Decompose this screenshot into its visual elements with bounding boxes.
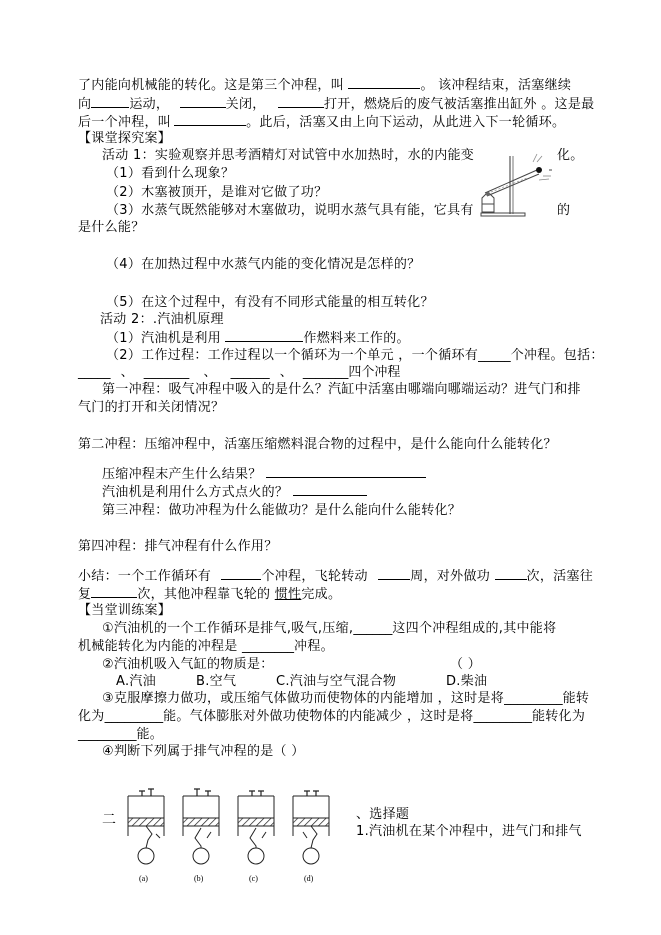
text: 四个冲程	[348, 365, 400, 380]
text: 打开，燃烧后的废气被活塞推出缸外 。这是最	[324, 97, 594, 112]
section-title-practice: 【当堂训练案】	[78, 602, 171, 619]
answer-blank[interactable]	[378, 567, 410, 580]
answer-blank[interactable]: _______	[144, 365, 190, 380]
cylinder-a-icon: (a)	[128, 789, 164, 883]
answer-blank[interactable]: _________	[473, 709, 532, 724]
choice-section-title: 、选择题	[356, 806, 409, 823]
answer-blank[interactable]: _________	[105, 709, 164, 724]
text: 能。气体膨胀对外做功使物体的内能减少 ，这时是将	[163, 709, 473, 724]
separator: 、	[121, 365, 134, 380]
svg-text:(c): (c)	[249, 874, 258, 883]
activity2-q1: （1）汽油机是利用 作燃料来工作的。	[106, 329, 410, 347]
intro-line-1: 了内能向机械能的转化。这是第三个冲程，叫 。 该冲程结束，活塞继续	[78, 76, 571, 94]
section-mark: 二	[102, 812, 116, 829]
text: 关闭，	[226, 97, 270, 112]
stroke1-question-cont: 气门的打开和关闭情况？	[78, 399, 224, 416]
text: 次，其他冲程靠飞轮的	[137, 587, 274, 602]
exercise-2-answer-paren[interactable]: （ ）	[450, 656, 481, 673]
text: 能转	[563, 691, 590, 706]
compress-result-question: 压缩冲程末产生什么结果？	[102, 465, 426, 483]
svg-text:(b): (b)	[194, 874, 204, 883]
text: 周，对外做功	[410, 569, 494, 584]
answer-blank[interactable]	[348, 76, 420, 89]
text: （2）工作过程：工作过程以一个循环为一个单元 ，一个循环有	[106, 348, 478, 363]
text: 。此后，活塞又由上向下运动，从此进入下一轮循环。	[246, 115, 565, 130]
separator: 、	[280, 365, 293, 380]
text: 后一个冲程，叫	[78, 115, 171, 130]
exercise-1-line-2: 机械能转化为内能的冲程是 ________冲程。	[78, 638, 334, 655]
exercise-2-option-d[interactable]: D.柴油	[446, 673, 487, 690]
activity1-q1: （1）看到什么现象？	[106, 165, 234, 182]
text: 个冲程。包括：	[511, 348, 604, 363]
answer-blank[interactable]	[293, 483, 367, 496]
exercise-2-option-b[interactable]: B.空气	[196, 673, 236, 690]
exercise-1-line-1: ①汽油机的一个工作循环是排气,吸气,压缩,______这四个冲程组成的,其中能将	[102, 620, 556, 637]
answer-blank[interactable]: _________	[78, 727, 137, 742]
separator: 、	[203, 365, 216, 380]
text: 向	[78, 97, 91, 112]
activity1-q2: （2）木塞被顶开，是谁对它做了功？	[106, 184, 327, 201]
stroke2-question: 第二冲程：压缩冲程中，活塞压缩燃料混合物的过程中，是什么能向什么能转化？	[78, 436, 557, 453]
answer-blank[interactable]	[174, 113, 246, 126]
text: 这四个冲程组成的,其中能将	[392, 621, 556, 636]
answer-blank[interactable]: _____	[78, 365, 111, 380]
stroke1-question: 第一冲程：吸气冲程中吸入的是什么？汽缸中活塞由哪端向哪端运动？进气门和排	[102, 381, 581, 398]
underlined-answer: 惯性	[275, 587, 302, 602]
exercise-3-line-2: 化为_________能。气体膨胀对外做功使物体的内能减少 ，这时是将_____…	[78, 708, 585, 725]
answer-blank[interactable]: _________	[504, 691, 563, 706]
activity2-title: 活动 2：.汽油机原理	[100, 311, 224, 328]
text: 次，活塞往	[527, 569, 594, 584]
text: 了内能向机械能的转化。这是第三个冲程，叫	[78, 78, 348, 93]
choice-question-1: 1.汽油机在某个冲程中，进气门和排气	[356, 823, 582, 840]
intro-line-2: 向运动， 关闭， 打开，燃烧后的废气被活塞推出缸外 。这是最	[78, 95, 594, 113]
stroke4-question: 第四冲程：排气冲程有什么作用？	[78, 538, 278, 555]
exercise-2-question: ②汽油机吸入气缸的物质是：	[102, 656, 274, 673]
answer-blank[interactable]: ______	[353, 621, 392, 636]
text: 化为	[78, 709, 105, 724]
exercise-3-line-1: ③克服摩擦力做功，或压缩气体做功而使物体的内能增加 ，这时是将_________…	[102, 690, 589, 707]
cylinder-b-icon: (b)	[183, 789, 219, 883]
summary-line-2: 复次，其他冲程靠飞轮的 惯性完成。	[78, 585, 341, 603]
text: ①汽油机的一个工作循环是排气,吸气,压缩,	[102, 621, 353, 636]
exercise-2-option-c[interactable]: C.汽油与空气混合物	[276, 673, 396, 690]
activity1-q3-cont: 是什么能？	[78, 219, 145, 236]
text: 机械能转化为内能的冲程是	[78, 639, 242, 654]
exercise-3-line-3: _________能。	[78, 726, 163, 743]
text: 完成。	[301, 587, 341, 602]
text: ③克服摩擦力做功，或压缩气体做功而使物体的内能增加 ，这时是将	[102, 691, 504, 706]
answer-blank[interactable]: ________	[242, 639, 294, 654]
text: 压缩冲程末产生什么结果？	[102, 467, 266, 482]
activity1-q3-end: 的	[557, 202, 570, 219]
engine-strokes-figure: (a) (b) (c) (d)	[120, 788, 350, 888]
test-tube-experiment-figure	[473, 148, 553, 220]
stroke-list-line: _____ 、 _______ 、 ______ 、 _______四个冲程	[78, 364, 400, 381]
text: 作燃料来工作的。	[303, 331, 409, 346]
text: （1）汽油机是利用	[106, 331, 225, 346]
text: 汽油机是利用什么方式点火的？	[102, 485, 293, 500]
answer-blank[interactable]	[91, 95, 129, 108]
answer-blank[interactable]	[221, 567, 261, 580]
answer-blank[interactable]	[495, 567, 527, 580]
svg-text:(a): (a)	[139, 874, 148, 883]
activity1-q4: （4）在加热过程中水蒸气内能的变化情况是怎样的？	[106, 256, 420, 273]
svg-text:(d): (d)	[304, 874, 314, 883]
activity2-q2: （2）工作过程：工作过程以一个循环为一个单元 ，一个循环有_____个冲程。包括…	[106, 347, 604, 364]
text: 运动，	[129, 97, 173, 112]
exercise-2-option-a[interactable]: A.汽油	[116, 673, 156, 690]
text: 个冲程，飞轮转动	[261, 569, 372, 584]
answer-blank[interactable]: ______	[231, 365, 270, 380]
activity1-title: 活动 1：实验观察并思考酒精灯对试管中水加热时，水的内能变	[102, 147, 474, 164]
ignition-question: 汽油机是利用什么方式点火的？	[102, 483, 367, 501]
answer-blank[interactable]	[278, 95, 324, 108]
text: 小结：一个工作循环有	[78, 569, 215, 584]
stroke3-question: 第三冲程：做功冲程为什么能做功？是什么能向什么能转化？	[102, 502, 461, 519]
activity1-q5: （5）在这个过程中，有没有不同形式能量的相互转化？	[106, 294, 434, 311]
text: 能转化为	[532, 709, 585, 724]
text: 能。	[137, 727, 164, 742]
cylinder-c-icon: (c)	[238, 791, 274, 883]
activity1-title-end: 化。	[557, 147, 584, 164]
cylinder-d-icon: (d)	[293, 791, 329, 883]
answer-blank[interactable]: _____	[478, 348, 511, 363]
answer-blank[interactable]	[266, 465, 426, 478]
intro-line-3: 后一个冲程，叫。此后，活塞又由上向下运动，从此进入下一轮循环。	[78, 113, 565, 131]
summary-line-1: 小结：一个工作循环有 个冲程，飞轮转动 周，对外做功 次，活塞往	[78, 567, 593, 585]
section-title-explore: 【课堂探究案】	[78, 130, 171, 147]
answer-blank[interactable]	[180, 95, 226, 108]
text: 。 该冲程结束，活塞继续	[420, 78, 571, 93]
text: 复	[78, 587, 91, 602]
answer-blank[interactable]	[225, 329, 303, 342]
exercise-4-question: ④判断下列属于排气冲程的是（ ）	[102, 743, 305, 760]
text: 冲程。	[294, 639, 334, 654]
answer-blank[interactable]: _______	[303, 365, 349, 380]
answer-blank[interactable]	[91, 585, 137, 598]
activity1-q3: （3）水蒸气既然能够对木塞做功，说明水蒸气具有能，它具有	[106, 202, 474, 219]
